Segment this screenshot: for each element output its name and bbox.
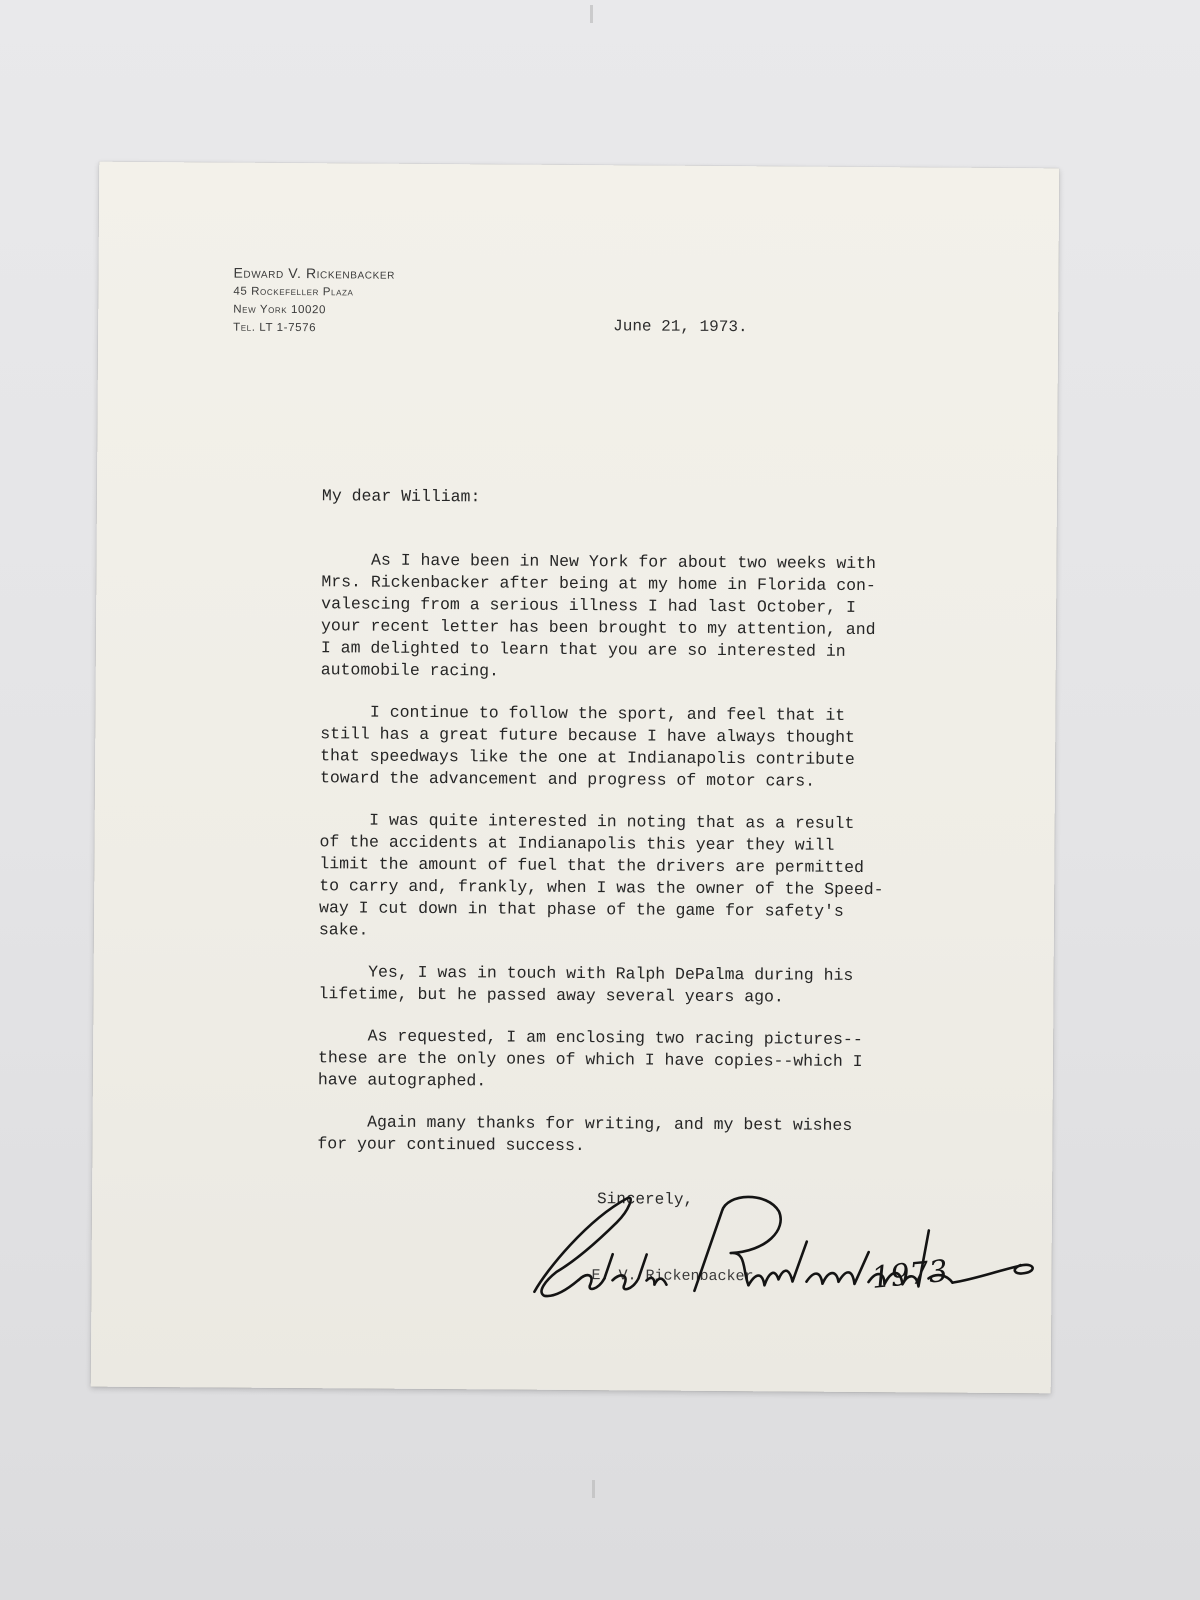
body-paragraph: I was quite interested in noting that as… bbox=[319, 809, 980, 946]
body-paragraph: As requested, I am enclosing two racing … bbox=[318, 1025, 978, 1096]
letter-body: My dear William: As I have been in New Y… bbox=[317, 485, 982, 1180]
text-line: have autographed. bbox=[318, 1069, 978, 1096]
letterhead-address-2: New York 10020 bbox=[233, 304, 395, 317]
body-paragraph: Yes, I was in touch with Ralph DePalma d… bbox=[318, 961, 978, 1010]
text-line: toward the advancement and progress of m… bbox=[320, 767, 980, 794]
pencil-mark bbox=[590, 5, 593, 23]
letterhead-address-1: 45 Rockefeller Plaza bbox=[233, 286, 395, 299]
salutation: My dear William: bbox=[322, 485, 982, 512]
letterhead-phone: Tel. LT 1-7576 bbox=[233, 322, 395, 335]
text-line: lifetime, but he passed away several yea… bbox=[318, 983, 978, 1010]
letter-date: June 21, 1973. bbox=[613, 317, 748, 336]
paragraphs: As I have been in New York for about two… bbox=[317, 549, 981, 1160]
letterhead-name: Edward V. Rickenbacker bbox=[233, 265, 395, 282]
pencil-mark bbox=[592, 1480, 595, 1498]
body-paragraph: As I have been in New York for about two… bbox=[321, 549, 982, 686]
text-line: sake. bbox=[319, 919, 979, 946]
text-line: way I cut down in that phase of the game… bbox=[319, 897, 979, 924]
letterhead: Edward V. Rickenbacker 45 Rockefeller Pl… bbox=[233, 265, 395, 341]
text-line: automobile racing. bbox=[321, 659, 981, 686]
letter-sheet: Edward V. Rickenbacker 45 Rockefeller Pl… bbox=[91, 162, 1060, 1394]
handwritten-signature bbox=[516, 1180, 1037, 1314]
handwritten-year: 1973 bbox=[870, 1254, 949, 1296]
text-line: for your continued success. bbox=[317, 1133, 977, 1160]
body-paragraph: I continue to follow the sport, and feel… bbox=[320, 701, 981, 794]
body-paragraph: Again many thanks for writing, and my be… bbox=[317, 1111, 977, 1160]
